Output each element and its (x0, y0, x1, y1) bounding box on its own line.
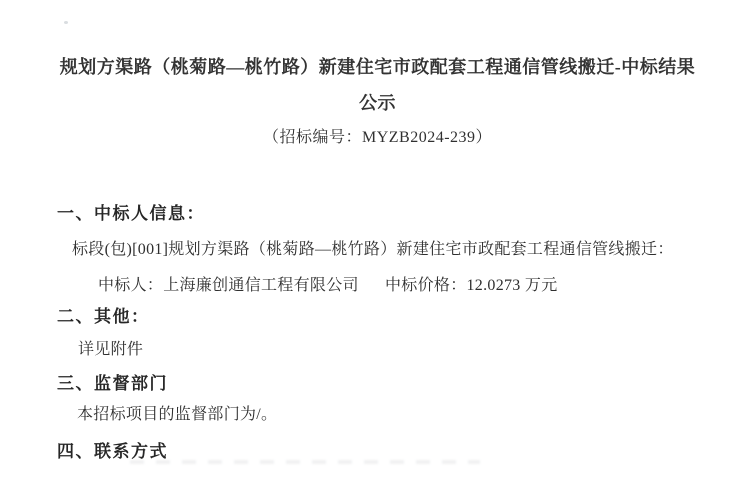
scan-artifact-dot (64, 21, 68, 24)
announcement-document-page: 规划方渠路（桃菊路—桃竹路）新建住宅市政配套工程通信管线搬迁-中标结果 公示 （… (0, 0, 755, 480)
winner-name: 中标人：上海廉创通信工程有限公司 (98, 275, 359, 296)
tender-number: （招标编号：MYZB2024-239） (0, 127, 755, 149)
document-title-line2: 公示 (0, 91, 755, 115)
section-winner-info-heading: 一、中标人信息： (57, 203, 205, 225)
section-supervision-heading: 三、监督部门 (57, 373, 168, 395)
winning-price: 中标价格：12.0273 万元 (385, 275, 558, 296)
supervision-body-text: 本招标项目的监督部门为/。 (77, 404, 277, 425)
section-other-heading: 二、其他： (57, 306, 150, 328)
document-title-line1: 规划方渠路（桃菊路—桃竹路）新建住宅市政配套工程通信管线搬迁-中标结果 (0, 55, 755, 79)
lot-description: 标段(包)[001]规划方渠路（桃菊路—桃竹路）新建住宅市政配套工程通信管线搬迁… (72, 239, 674, 260)
cutoff-text-artifact (130, 460, 480, 464)
other-body-text: 详见附件 (78, 339, 143, 360)
